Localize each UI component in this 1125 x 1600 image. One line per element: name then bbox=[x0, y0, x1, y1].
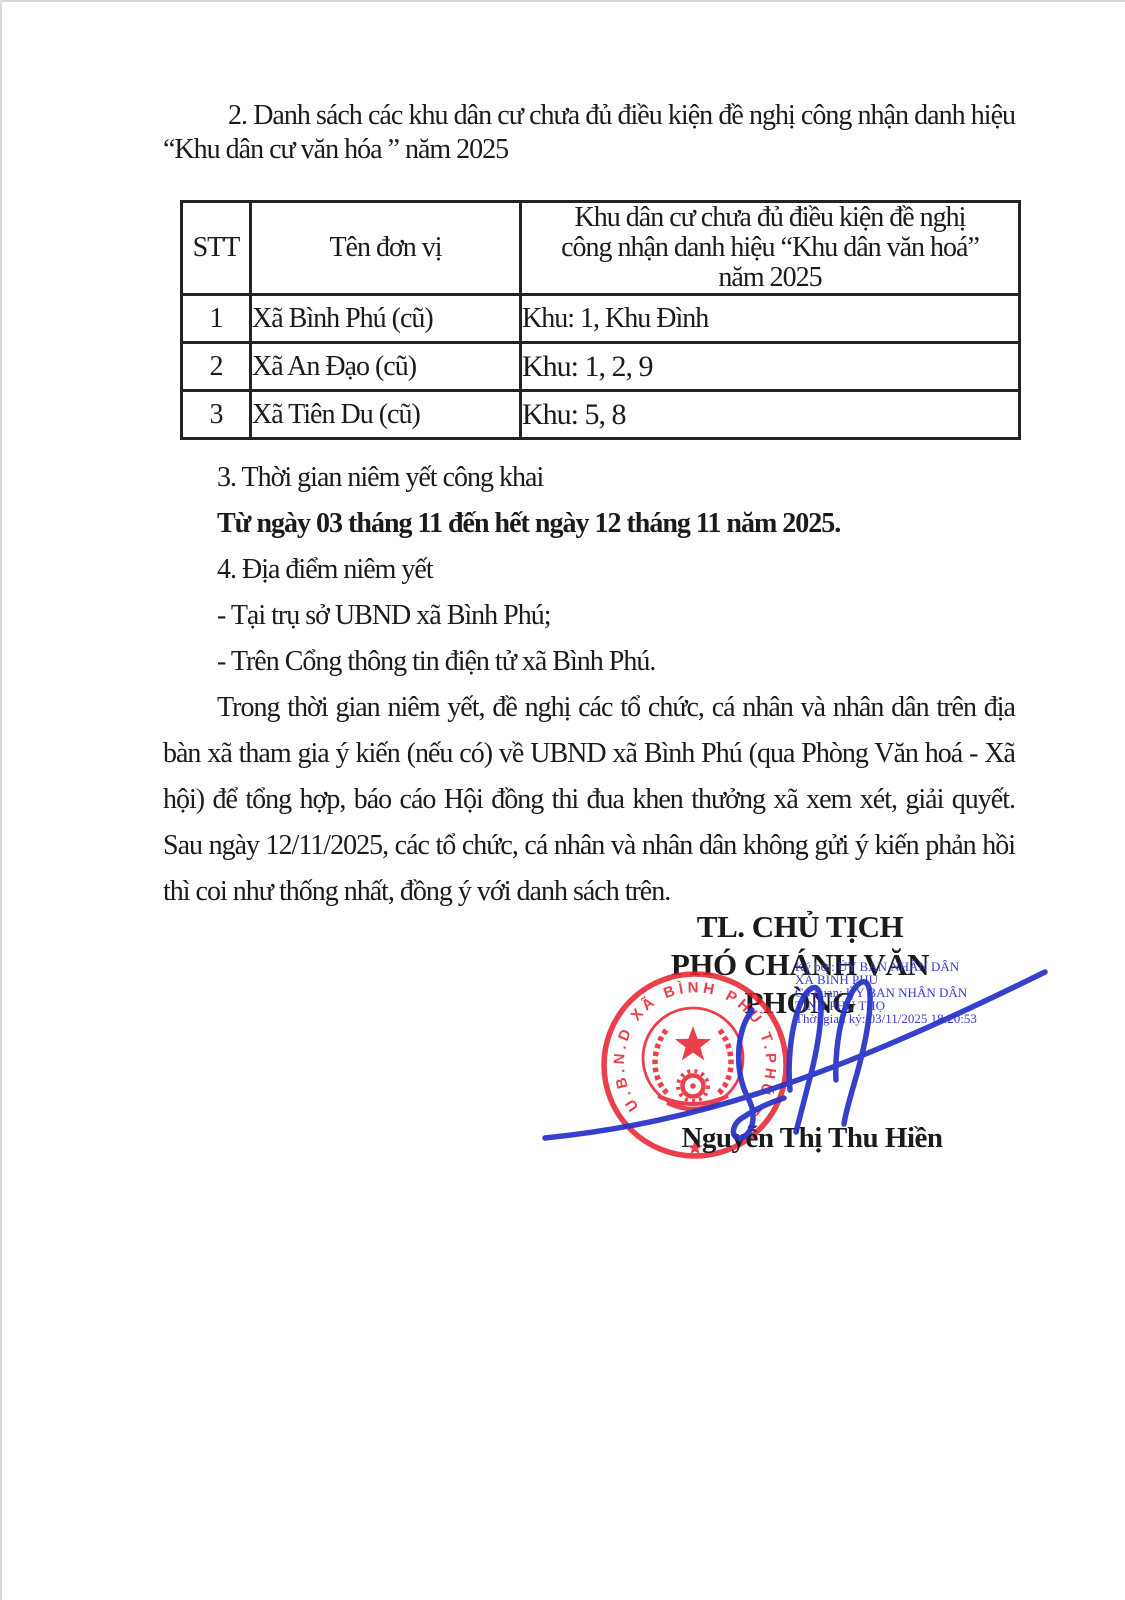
table-header-row: STT Tên đơn vị Khu dân cư chưa đủ điều k… bbox=[182, 202, 1020, 295]
scanned-document-page: { "document": { "intro": { "line1": "2. … bbox=[0, 0, 1125, 1600]
signature-loop bbox=[733, 1010, 784, 1138]
section2-heading: 2. Danh sách các khu dân cư chưa đủ điều… bbox=[163, 99, 1015, 167]
header-cell-stt: STT bbox=[182, 202, 251, 295]
header-khu-line3: năm 2025 bbox=[522, 263, 1018, 293]
section2-heading-line1: 2. Danh sách các khu dân cư chưa đủ điều… bbox=[163, 99, 1015, 133]
signature-flourish bbox=[545, 972, 1045, 1138]
table-row: 1 Xã Bình Phú (cũ) Khu: 1, Khu Đình bbox=[182, 295, 1020, 343]
signature-stroke-1 bbox=[789, 987, 821, 1132]
handwritten-signature bbox=[500, 940, 1080, 1160]
section2-heading-line2: “Khu dân cư văn hóa ” năm 2025 bbox=[163, 133, 1015, 167]
cell-stt: 1 bbox=[182, 295, 251, 343]
cell-khu: Khu: 1, 2, 9 bbox=[521, 343, 1020, 391]
document-body-sections: 3. Thời gian niêm yết công khai Từ ngày … bbox=[163, 455, 1015, 915]
section4-title: 4. Địa điểm niêm yết bbox=[163, 547, 1015, 593]
table-row: 2 Xã An Đạo (cũ) Khu: 1, 2, 9 bbox=[182, 343, 1020, 391]
header-cell-unit: Tên đơn vị bbox=[251, 202, 521, 295]
cell-khu: Khu: 1, Khu Đình bbox=[521, 295, 1020, 343]
header-cell-khu: Khu dân cư chưa đủ điều kiện đề nghị côn… bbox=[521, 202, 1020, 295]
table-row: 3 Xã Tiên Du (cũ) Khu: 5, 8 bbox=[182, 391, 1020, 439]
header-khu-line1: Khu dân cư chưa đủ điều kiện đề nghị bbox=[522, 203, 1018, 233]
posting-location-item1: - Tại trụ sở UBND xã Bình Phú; bbox=[163, 593, 1015, 639]
cell-unit: Xã An Đạo (cũ) bbox=[251, 343, 521, 391]
cell-unit: Xã Tiên Du (cũ) bbox=[251, 391, 521, 439]
cell-khu: Khu: 5, 8 bbox=[521, 391, 1020, 439]
header-khu-line2: công nhận danh hiệu “Khu dân văn hoá” bbox=[522, 233, 1018, 263]
scan-edge-top bbox=[0, 0, 1125, 2]
cell-unit: Xã Bình Phú (cũ) bbox=[251, 295, 521, 343]
signature-stroke-2 bbox=[836, 982, 870, 1124]
scan-edge-left bbox=[0, 0, 2, 1600]
section3-title: 3. Thời gian niêm yết công khai bbox=[163, 455, 1015, 501]
cell-stt: 3 bbox=[182, 391, 251, 439]
closing-paragraph: Trong thời gian niêm yết, đề nghị các tổ… bbox=[163, 685, 1015, 915]
khu-dan-cu-table: STT Tên đơn vị Khu dân cư chưa đủ điều k… bbox=[180, 200, 1021, 440]
posting-period: Từ ngày 03 tháng 11 đến hết ngày 12 thán… bbox=[163, 501, 1015, 547]
posting-location-item2: - Trên Cổng thông tin điện tử xã Bình Ph… bbox=[163, 639, 1015, 685]
cell-stt: 2 bbox=[182, 343, 251, 391]
